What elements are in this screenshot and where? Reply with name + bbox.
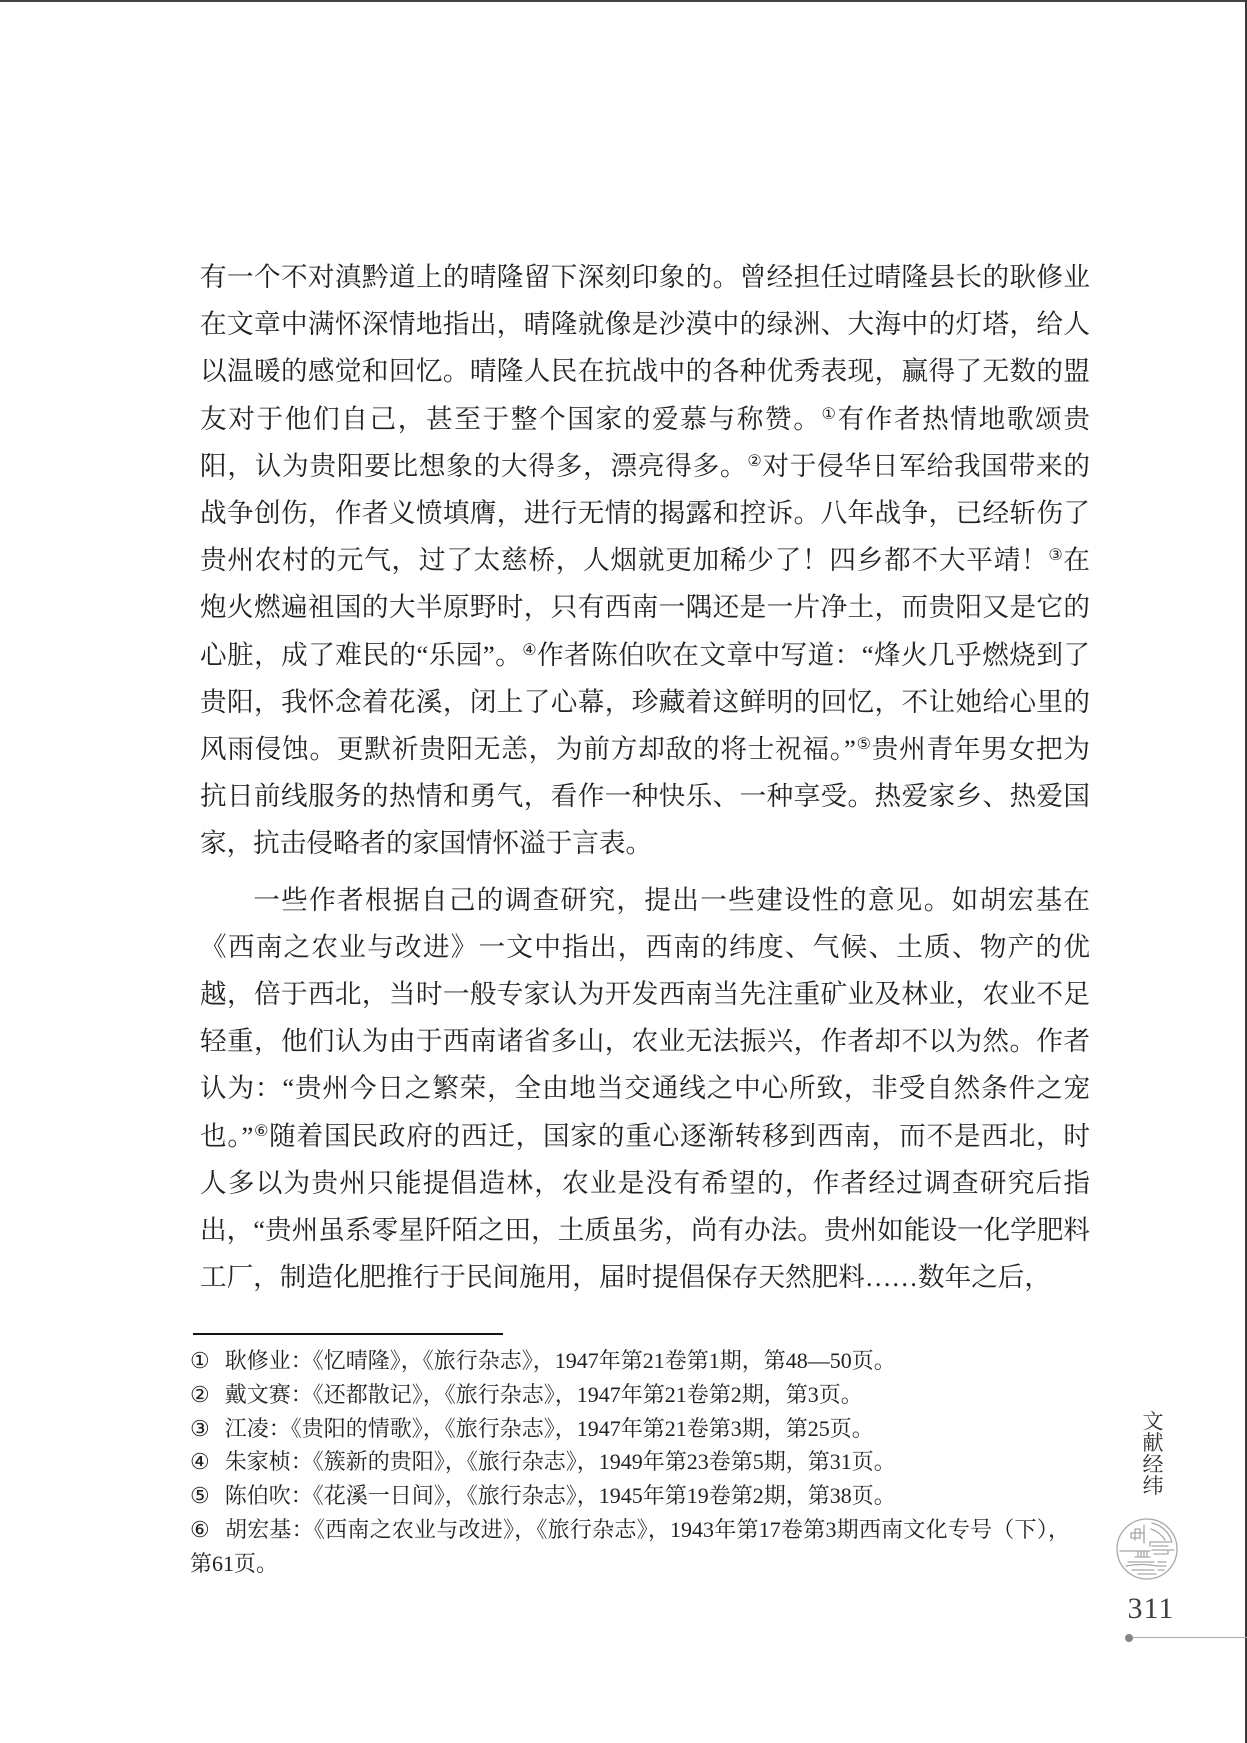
footnotes: ①耿修业：《忆晴隆》，《旅行杂志》，1947年第21卷第1期，第48—50页。②… [190,1344,1070,1581]
footnote-marker: ⑥ [190,1517,210,1542]
footnote-marker: ① [190,1348,210,1373]
section-label-vertical: 文献经纬 [1140,1410,1164,1496]
footnote-ref: ⑥ [253,1123,269,1140]
footnote-ref: ③ [1048,547,1063,564]
footnote-ref: ② [747,453,762,470]
page-border-top [0,0,1247,2]
footnote-item: ⑥胡宏基：《西南之农业与改进》，《旅行杂志》，1943年第17卷第3期西南文化专… [190,1513,1070,1581]
footnote-ref: ① [821,406,837,423]
footnote-item: ④朱家桢：《簇新的贵阳》，《旅行杂志》，1949年第23卷第5期，第31页。 [190,1445,1070,1479]
footnote-marker: ② [190,1382,210,1407]
footnote-item: ③江凌：《贵阳的情歌》，《旅行杂志》，1947年第21卷第3期，第25页。 [190,1412,1070,1446]
footnote-item: ⑤陈伯吹：《花溪一日间》，《旅行杂志》，1945年第19卷第2期，第38页。 [190,1479,1070,1513]
footnote-ref: ④ [522,642,537,659]
footnote-divider [193,1333,503,1335]
page-number-rule [1133,1637,1247,1638]
book-page: 有一个不对滇黔道上的晴隆留下深刻印象的。曾经担任过晴隆县长的耿修业在文章中满怀深… [0,0,1247,1743]
footnote-ref: ⑤ [856,736,872,753]
footnote-text: 胡宏基：《西南之农业与改进》，《旅行杂志》，1943年第17卷第3期西南文化专号… [190,1517,1070,1576]
footnote-text: 朱家桢：《簇新的贵阳》，《旅行杂志》，1949年第23卷第5期，第31页。 [225,1449,896,1474]
publisher-seal-icon [1114,1516,1180,1582]
footnote-text: 戴文赛：《还都散记》，《旅行杂志》，1947年第21卷第2期，第3页。 [225,1382,863,1407]
rule-dot-icon [1125,1634,1133,1642]
footnote-text: 耿修业：《忆晴隆》，《旅行杂志》，1947年第21卷第1期，第48—50页。 [225,1348,896,1373]
footnote-marker: ③ [190,1416,210,1441]
footnote-marker: ④ [190,1449,210,1474]
paragraph: 一些作者根据自己的调查研究，提出一些建设性的意见。如胡宏基在《西南之农业与改进》… [200,877,1090,1302]
page-number: 311 [1124,1592,1178,1626]
footnote-item: ①耿修业：《忆晴隆》，《旅行杂志》，1947年第21卷第1期，第48—50页。 [190,1344,1070,1378]
footnote-item: ②戴文赛：《还都散记》，《旅行杂志》，1947年第21卷第2期，第3页。 [190,1378,1070,1412]
footnote-text: 江凌：《贵阳的情歌》，《旅行杂志》，1947年第21卷第3期，第25页。 [225,1416,874,1441]
paragraph: 有一个不对滇黔道上的晴隆留下深刻印象的。曾经担任过晴隆县长的耿修业在文章中满怀深… [200,254,1090,868]
body-text: 有一个不对滇黔道上的晴隆留下深刻印象的。曾经担任过晴隆县长的耿修业在文章中满怀深… [200,254,1090,1301]
footnote-text: 陈伯吹：《花溪一日间》，《旅行杂志》，1945年第19卷第2期，第38页。 [225,1483,896,1508]
footnote-marker: ⑤ [190,1483,210,1508]
